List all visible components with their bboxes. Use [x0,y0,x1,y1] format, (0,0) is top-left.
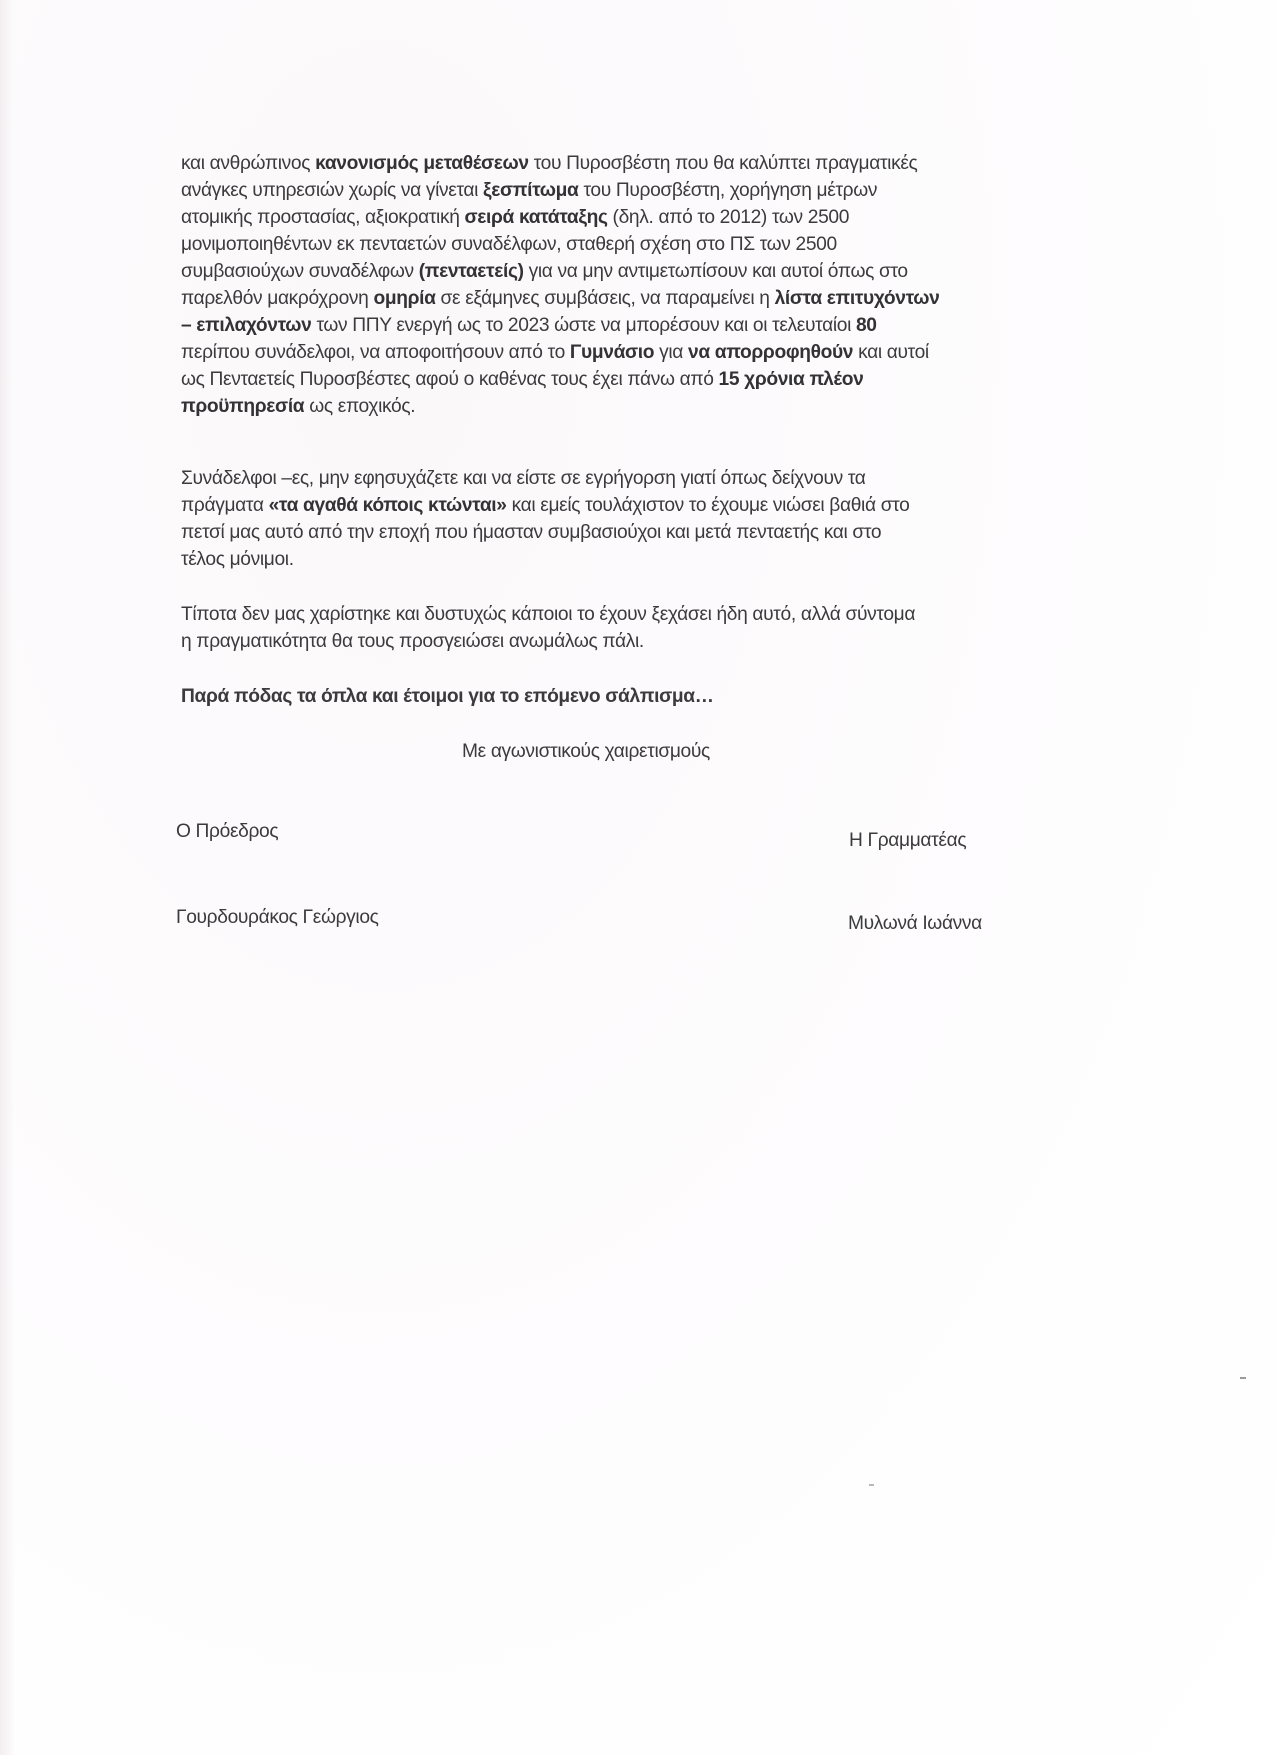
text-line: ανάγκες υπηρεσιών χωρίς να γίνεται ξεσπί… [181,177,1061,204]
paragraph-vigilance: Συνάδελφοι –ες, μην εφησυχάζετε και να ε… [181,465,1061,573]
plain-text: του Πυροσβέστη, χορήγηση μέτρων [578,180,877,201]
paragraph-nothing-given: Τίποτα δεν μας χαρίστηκε και δυστυχώς κά… [181,601,1061,655]
plain-text: και εμείς τουλάχιστον το έχουμε νιώσει β… [507,495,910,516]
text-line: τέλος μόνιμοι. [181,546,1061,573]
emphasis-text: κανονισμός μεταθέσεων [315,153,529,174]
plain-text: τέλος μόνιμοι. [181,549,294,570]
signature-title-secretary: Η Γραμματέας [849,830,966,852]
plain-text: ανάγκες υπηρεσιών χωρίς να γίνεται [181,180,483,201]
plain-text: και αυτοί [853,342,929,363]
plain-text: παρελθόν μακρόχρονη [181,288,373,309]
emphasis-text: ομηρία [373,288,435,309]
plain-text: του Πυροσβέστη που θα καλύπτει πραγματικ… [529,153,918,174]
text-line: ως Πενταετείς Πυροσβέστες αφού ο καθένας… [181,366,1061,393]
text-line: Συνάδελφοι –ες, μην εφησυχάζετε και να ε… [181,465,1061,492]
plain-text: συμβασιούχων συναδέλφων [181,261,419,282]
signature-name-secretary: Μυλωνά Ιωάννα [848,913,982,935]
emphasis-text: σειρά κατάταξης [465,207,608,228]
emphasis-text: να απορροφηθούν [688,342,853,363]
plain-text: πράγματα [181,495,269,516]
text-line: πετσί μας αυτό από την εποχή που ήμασταν… [181,519,1061,546]
closing-salutation: Με αγωνιστικούς χαιρετισμούς [462,741,710,763]
emphasis-text: – επιλαχόντων [181,315,311,336]
emphasis-text: προϋπηρεσία [181,396,304,417]
text-line: περίπου συνάδελφοι, να αποφοιτήσουν από … [181,339,1061,366]
plain-text: για [654,342,688,363]
emphasis-text: «τα αγαθά κόποις κτώνται» [269,495,507,516]
plain-text: Τίποτα δεν μας χαρίστηκε και δυστυχώς κά… [181,604,915,625]
text-line: προϋπηρεσία ως εποχικός. [181,393,1061,420]
scan-edge-shadow [0,0,14,1755]
scan-speck [869,1484,874,1486]
text-line: ατομικής προστασίας, αξιοκρατική σειρά κ… [181,204,1061,231]
text-line: μονιμοποιηθέντων εκ πενταετών συναδέλφων… [181,231,1061,258]
text-line: και ανθρώπινος κανονισμός μεταθέσεων του… [181,150,1061,177]
plain-text: και ανθρώπινος [181,153,315,174]
text-line: παρελθόν μακρόχρονη ομηρία σε εξάμηνες σ… [181,285,1061,312]
plain-text: ατομικής προστασίας, αξιοκρατική [181,207,465,228]
plain-text: περίπου συνάδελφοι, να αποφοιτήσουν από … [181,342,570,363]
text-line: η πραγματικότητα θα τους προσγειώσει ανω… [181,628,1061,655]
paragraph-demands: και ανθρώπινος κανονισμός μεταθέσεων του… [181,150,1061,420]
plain-text: μονιμοποιηθέντων εκ πενταετών συναδέλφων… [181,234,837,255]
plain-text: σε εξάμηνες συμβάσεις, να παραμείνει η [436,288,775,309]
paragraph-call-to-arms: Παρά πόδας τα όπλα και έτοιμοι για το επ… [181,683,1061,710]
plain-text: ως Πενταετείς Πυροσβέστες αφού ο καθένας… [181,369,719,390]
signature-title-president: Ο Πρόεδρος [176,821,278,843]
plain-text: ως εποχικός. [304,396,415,417]
emphasis-text: 80 [856,315,877,336]
plain-text: των ΠΠΥ ενεργή ως το 2023 ώστε να μπορέσ… [311,315,856,336]
emphasis-text: Γυμνάσιο [570,342,654,363]
emphasis-text: ξεσπίτωμα [483,180,578,201]
scan-speck [1240,1377,1246,1379]
text-line: πράγματα «τα αγαθά κόποις κτώνται» και ε… [181,492,1061,519]
emphasis-text: (πενταετείς) [419,261,524,282]
plain-text: (δηλ. από το 2012) των 2500 [608,207,849,228]
text-line: συμβασιούχων συναδέλφων (πενταετείς) για… [181,258,1061,285]
text-line: – επιλαχόντων των ΠΠΥ ενεργή ως το 2023 … [181,312,1061,339]
plain-text: πετσί μας αυτό από την εποχή που ήμασταν… [181,522,881,543]
signature-name-president: Γουρδουράκος Γεώργιος [176,907,379,929]
text-line: Τίποτα δεν μας χαρίστηκε και δυστυχώς κά… [181,601,1061,628]
plain-text: Συνάδελφοι –ες, μην εφησυχάζετε και να ε… [181,468,866,489]
plain-text: η πραγματικότητα θα τους προσγειώσει ανω… [181,631,644,652]
emphasis-text: λίστα επιτυχόντων [775,288,940,309]
plain-text: για να μην αντιμετωπίσουν και αυτοί όπως… [524,261,908,282]
emphasis-text: 15 χρόνια πλέον [719,369,864,390]
